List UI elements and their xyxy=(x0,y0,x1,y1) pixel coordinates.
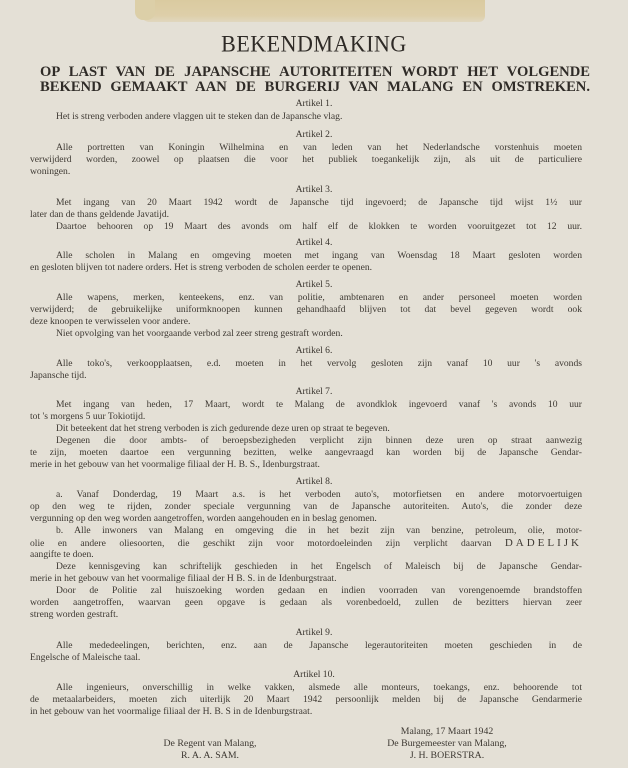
article-10-line: de metaalarbeiders, moeten zich uiterlij… xyxy=(30,694,582,706)
article-7-line: Degenen die door ambts- of beroepsbezigh… xyxy=(56,435,582,447)
article-9-line: Alle mededeelingen, berichten, enz. aan … xyxy=(56,640,582,652)
signature-regent: De Regent van Malang, R. A. A. SAM. xyxy=(110,738,310,762)
article-8-line: op den weg te rijden, zonder speciale ve… xyxy=(30,501,582,513)
article-8-line: worden aangetroffen, waarvan geen opgave… xyxy=(30,597,582,609)
signature-burgemeester: Malang, 17 Maart 1942 De Burgemeester va… xyxy=(347,726,547,762)
article-1-line: Het is streng verboden andere vlaggen ui… xyxy=(56,111,582,123)
article-6-line: Japansche tijd. xyxy=(30,370,582,382)
signature-role: De Regent van Malang, xyxy=(110,738,310,750)
article-2-line: Alle portretten van Koningin Wilhelmina … xyxy=(56,142,582,154)
article-4-heading: Artikel 4. xyxy=(0,237,628,248)
article-4-line: Alle scholen in Malang en omgeving moete… xyxy=(56,250,582,262)
article-5-line: Alle wapens, merken, kenteekens, enz. va… xyxy=(56,292,582,304)
article-5-heading: Artikel 5. xyxy=(0,279,628,290)
article-6-heading: Artikel 6. xyxy=(0,345,628,356)
article-8-line: aangifte te doen. xyxy=(30,549,582,561)
article-10-line: Alle ingenieurs, onverschillig in welke … xyxy=(56,682,582,694)
article-10-heading: Artikel 10. xyxy=(0,669,628,680)
article-7-line: merie in het gebouw van het voormalige f… xyxy=(30,459,582,471)
article-7-line: te zijn, moeten daartoe een vergunning b… xyxy=(30,447,582,459)
article-7-line: Met ingang van heden, 17 Maart, wordt te… xyxy=(56,399,582,411)
place-date: Malang, 17 Maart 1942 xyxy=(347,726,547,738)
article-8-line: b. Alle inwoners van Malang en omgeving … xyxy=(56,525,582,537)
article-8-line: Door de Politie zal huiszoeking worden g… xyxy=(56,585,582,597)
article-8-line: Deze kennisgeving kan schriftelijk gesch… xyxy=(56,561,582,573)
article-9-heading: Artikel 9. xyxy=(0,627,628,638)
article-10-line: in het gebouw van het voormalige filiaal… xyxy=(30,706,582,718)
article-8-line: merie in het gebouw van het voormalige f… xyxy=(30,573,582,585)
article-7-line: tot 's morgens 5 uur Tokiotijd. xyxy=(30,411,582,423)
article-8-line: streng worden gestraft. xyxy=(30,609,582,621)
article-5-line: deze knoopen te verwisselen voor andere. xyxy=(30,316,582,328)
article-1-heading: Artikel 1. xyxy=(0,98,628,109)
article-3-heading: Artikel 3. xyxy=(0,184,628,195)
article-8-line: olie en andere oliesoorten, die geschikt… xyxy=(30,538,491,549)
article-7-line: Dit beteekent dat het streng verboden is… xyxy=(56,423,582,435)
paper-stain xyxy=(140,0,485,22)
article-5-line: verwijderd; de gebruikelijke uniformknoo… xyxy=(30,304,582,316)
article-7-heading: Artikel 7. xyxy=(0,386,628,397)
article-3-line: Daartoe behooren op 19 Maart des avonds … xyxy=(56,221,582,233)
emphasis-dadelijk: DADELIJK xyxy=(505,537,582,549)
paper-stain-edge xyxy=(135,0,155,20)
article-4-line: en gesloten blijven tot nadere orders. H… xyxy=(30,262,582,274)
signature-role: De Burgemeester van Malang, xyxy=(347,738,547,750)
article-8-line: vergunning op den weg worden aangetroffe… xyxy=(30,513,582,525)
article-3-line: Met ingang van 20 Maart 1942 wordt de Ja… xyxy=(56,197,582,209)
article-2-line: woningen. xyxy=(30,166,582,178)
signature-name: R. A. A. SAM. xyxy=(110,750,310,762)
subtitle-line-2: BEKEND GEMAAKT AAN DE BURGERIJ VAN MALAN… xyxy=(40,79,590,96)
document-title: BEKENDMAKING xyxy=(0,30,628,57)
article-2-heading: Artikel 2. xyxy=(0,129,628,140)
signature-name: J. H. BOERSTRA. xyxy=(347,750,547,762)
article-9-line: Engelsche of Maleische taal. xyxy=(30,652,582,664)
article-8-heading: Artikel 8. xyxy=(0,476,628,487)
article-5-line: Niet opvolging van het voorgaande verbod… xyxy=(56,328,582,340)
article-6-line: Alle toko's, verkoopplaatsen, e.d. moete… xyxy=(56,358,582,370)
article-3-line: later dan de thans geldende Javatijd. xyxy=(30,209,582,221)
article-8-line: a. Vanaf Donderdag, 19 Maart a.s. is het… xyxy=(56,489,582,501)
article-2-line: verwijderd worden, zoowel op plaatsen di… xyxy=(30,154,582,166)
